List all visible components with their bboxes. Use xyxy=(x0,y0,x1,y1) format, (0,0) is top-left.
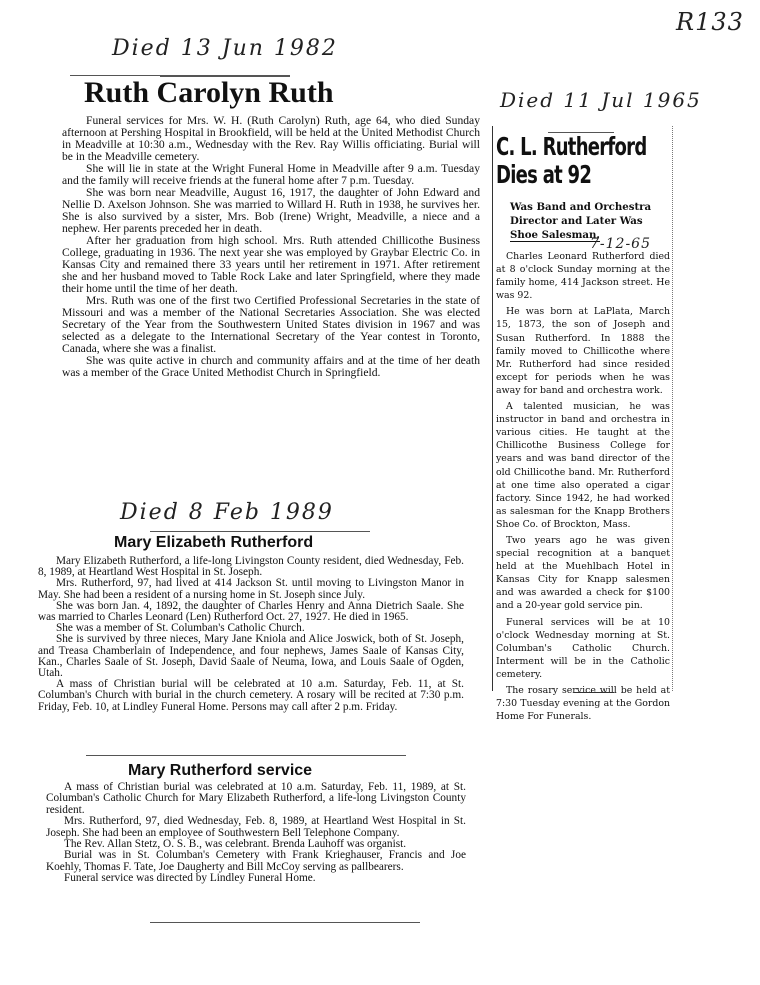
paragraph: Charles Leonard Rutherford died at 8 o'c… xyxy=(496,250,670,302)
obituary-body: Funeral services for Mrs. W. H. (Ruth Ca… xyxy=(62,115,480,379)
obituary-headline: C. L. Rutherford Dies at 92 xyxy=(496,133,647,189)
paragraph: Funeral services for Mrs. W. H. (Ruth Ca… xyxy=(62,115,480,163)
paragraph: Mrs. Ruth was one of the first two Certi… xyxy=(62,295,480,355)
paragraph: Burial was in St. Columban's Cemetery wi… xyxy=(46,850,466,873)
paragraph: She is survived by three nieces, Mary Ja… xyxy=(38,634,464,679)
paragraph: Mary Elizabeth Rutherford, a life-long L… xyxy=(38,556,464,578)
paragraph: She will lie in state at the Wright Fune… xyxy=(62,163,480,187)
divider-rule xyxy=(150,922,420,923)
obituary-headline: Mary Elizabeth Rutherford xyxy=(114,534,313,552)
column-border xyxy=(492,126,493,691)
paragraph: Mrs. Rutherford, 97, died Wednesday, Feb… xyxy=(46,816,466,839)
paragraph: A mass of Christian burial will be celeb… xyxy=(38,679,464,713)
paragraph: A talented musician, he was instructor i… xyxy=(496,400,670,531)
paragraph: Funeral services will be at 10 o'clock W… xyxy=(496,616,670,681)
paragraph: Mrs. Rutherford, 97, had lived at 414 Ja… xyxy=(38,578,464,600)
obituary-body: Mary Elizabeth Rutherford, a life-long L… xyxy=(38,556,464,713)
obituary-body: A mass of Christian burial was celebrate… xyxy=(46,782,466,885)
obituary-headline: Ruth Carolyn Ruth xyxy=(84,76,334,110)
paragraph: After her graduation from high school. M… xyxy=(62,235,480,295)
handwritten-death-date: Died 8 Feb 1989 xyxy=(120,500,334,525)
page-reference-note: R133 xyxy=(676,8,744,36)
divider-rule xyxy=(86,755,406,756)
handwritten-death-date: Died 11 Jul 1965 xyxy=(500,88,702,112)
paragraph: She was born Jan. 4, 1892, the daughter … xyxy=(38,601,464,623)
paragraph: He was born at LaPlata, March 15, 1873, … xyxy=(496,305,670,397)
paragraph: Two years ago he was given special recog… xyxy=(496,534,670,613)
divider-rule xyxy=(574,692,614,693)
paragraph: She was born near Meadville, August 16, … xyxy=(62,187,480,235)
headline-line: C. L. Rutherford xyxy=(496,133,647,161)
obituary-headline: Mary Rutherford service xyxy=(128,762,312,780)
subhead-line: Was Band and Orchestra xyxy=(510,200,670,214)
paragraph: A mass of Christian burial was celebrate… xyxy=(46,782,466,816)
subhead-text: Shoe Salesman. xyxy=(510,229,600,242)
headline-line: Dies at 92 xyxy=(496,161,647,189)
divider-rule xyxy=(150,531,370,532)
paragraph: The rosary service will be held at 7:30 … xyxy=(496,684,670,723)
obituary-body: Charles Leonard Rutherford died at 8 o'c… xyxy=(496,250,670,726)
subhead-line: Director and Later Was xyxy=(510,214,670,228)
paragraph: She was quite active in church and commu… xyxy=(62,355,480,379)
handwritten-death-date: Died 13 Jun 1982 xyxy=(112,36,338,61)
column-border xyxy=(672,126,673,691)
paragraph: Funeral service was directed by Lindley … xyxy=(46,873,466,884)
